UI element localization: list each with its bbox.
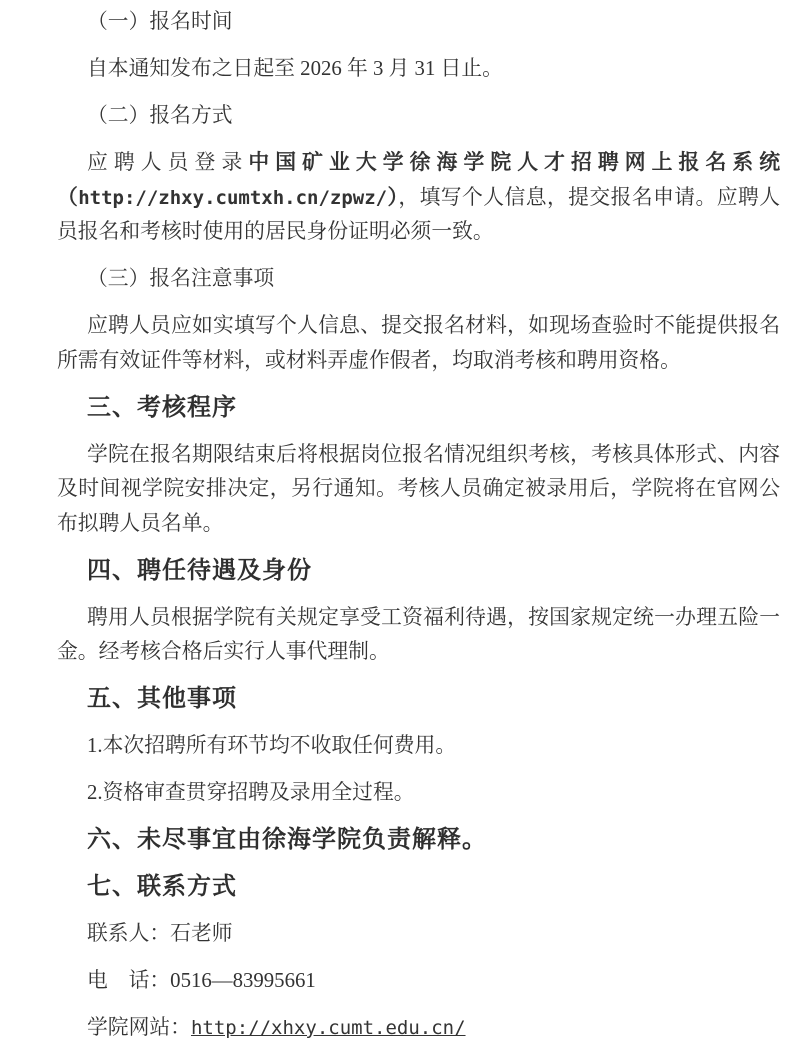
paragraph-application-notes: 应聘人员应如实填写个人信息、提交报名材料，如现场查验时不能提供报名所需有效证件等… <box>57 309 780 378</box>
subheading-application-notes: （三）报名注意事项 <box>57 262 780 297</box>
heading-interpretation-rights: 六、未尽事宜由徐海学院负责解释。 <box>57 823 780 858</box>
registration-system-name: 中国矿业大学徐海学院人才招聘网上报名系统 <box>248 151 780 174</box>
heading-other-matters-text: 五、其他事项 <box>87 685 237 712</box>
heading-assessment-procedure: 三、考核程序 <box>57 391 780 426</box>
list-item-qualification-review: 2.资格审查贯穿招聘及录用全过程。 <box>57 776 780 811</box>
contact-phone-text: 电 话：0516—83995661 <box>87 969 316 992</box>
contact-person-text: 联系人：石老师 <box>87 922 233 945</box>
subheading-application-time: （一）报名时间 <box>57 5 780 40</box>
heading-employment-benefits: 四、聘任待遇及身份 <box>57 554 780 589</box>
heading-contact-info-text: 七、联系方式 <box>87 873 237 900</box>
paragraph-assessment-procedure-text: 学院在报名期限结束后将根据岗位报名情况组织考核，考核具体形式、内容及时间视学院安… <box>57 443 780 535</box>
document-page: （一）报名时间 自本通知发布之日起至 2026 年 3 月 31 日止。 （二）… <box>0 0 788 1051</box>
registration-url-paren-close: ） <box>387 186 398 209</box>
paragraph-application-deadline: 自本通知发布之日起至 2026 年 3 月 31 日止。 <box>57 52 780 87</box>
registration-url: http://zhxy.cumtxh.cn/zpwz/ <box>78 187 387 209</box>
heading-other-matters: 五、其他事项 <box>57 682 780 717</box>
list-item-qualification-review-text: 2.资格审查贯穿招聘及录用全过程。 <box>87 781 415 804</box>
list-item-no-fees-text: 1.本次招聘所有环节均不收取任何费用。 <box>87 734 456 757</box>
list-item-no-fees: 1.本次招聘所有环节均不收取任何费用。 <box>57 729 780 764</box>
contact-phone-line: 电 话：0516—83995661 <box>57 964 780 999</box>
subheading-application-notes-text: （三）报名注意事项 <box>87 267 274 290</box>
heading-employment-benefits-text: 四、聘任待遇及身份 <box>87 557 312 584</box>
registration-url-paren-open: （ <box>57 186 78 209</box>
paragraph-employment-benefits-text: 聘用人员根据学院有关规定享受工资福利待遇，按国家规定统一办理五险一金。经考核合格… <box>57 606 780 664</box>
subheading-application-method-text: （二）报名方式 <box>87 104 233 127</box>
paragraph-application-deadline-text: 自本通知发布之日起至 2026 年 3 月 31 日止。 <box>87 57 503 80</box>
registration-method-prefix: 应聘人员登录 <box>87 151 248 174</box>
website-label: 学院网站： <box>87 1016 191 1039</box>
heading-interpretation-rights-text: 六、未尽事宜由徐海学院负责解释。 <box>87 826 487 853</box>
website-line: 学院网站：http://xhxy.cumt.edu.cn/ <box>57 1011 780 1046</box>
subheading-application-method: （二）报名方式 <box>57 99 780 134</box>
college-website-link[interactable]: http://xhxy.cumt.edu.cn/ <box>191 1017 466 1039</box>
paragraph-application-notes-text: 应聘人员应如实填写个人信息、提交报名材料，如现场查验时不能提供报名所需有效证件等… <box>57 314 780 372</box>
contact-person-line: 联系人：石老师 <box>57 917 780 952</box>
paragraph-employment-benefits: 聘用人员根据学院有关规定享受工资福利待遇，按国家规定统一办理五险一金。经考核合格… <box>57 601 780 670</box>
subheading-application-time-text: （一）报名时间 <box>87 10 233 33</box>
paragraph-registration-method: 应聘人员登录中国矿业大学徐海学院人才招聘网上报名系统（http://zhxy.c… <box>57 146 780 250</box>
paragraph-assessment-procedure: 学院在报名期限结束后将根据岗位报名情况组织考核，考核具体形式、内容及时间视学院安… <box>57 438 780 542</box>
heading-contact-info: 七、联系方式 <box>57 870 780 905</box>
heading-assessment-procedure-text: 三、考核程序 <box>87 394 237 421</box>
